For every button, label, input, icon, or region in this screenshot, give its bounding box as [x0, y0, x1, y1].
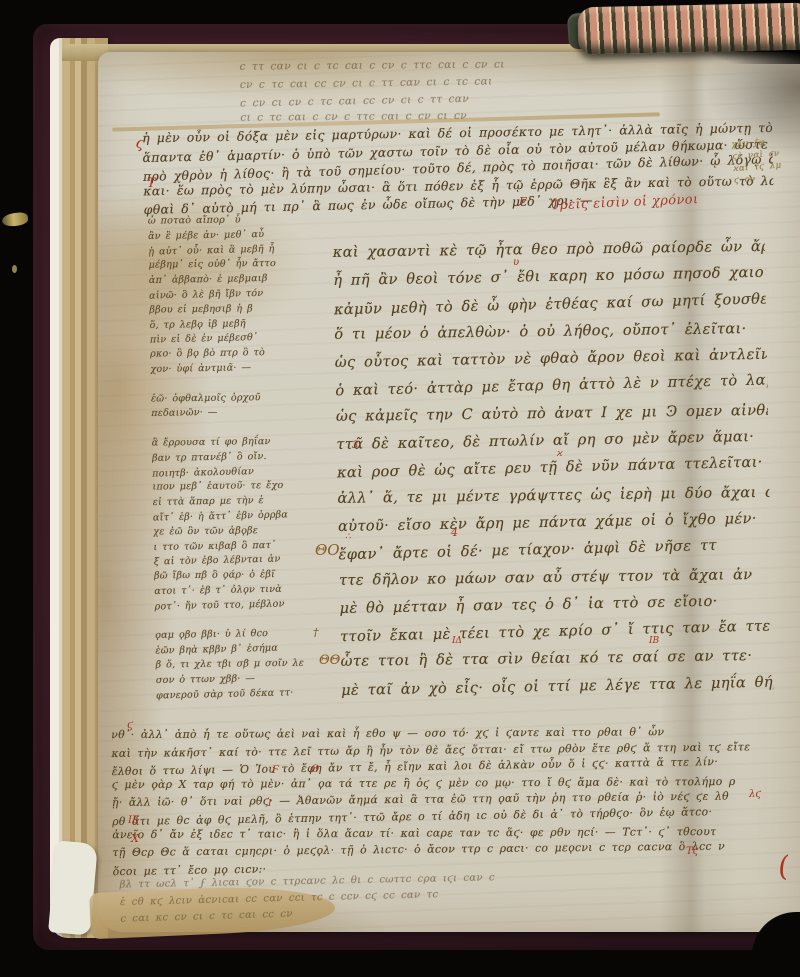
marginal-mark: ΘΟ [315, 543, 340, 558]
marginal-mark: ΙΔ [452, 637, 462, 646]
marginal-mark: λϛ [749, 790, 761, 800]
scholia-line: ββου εἰ μεβησιβ ἡ β [149, 301, 327, 318]
marginal-mark: Θ [311, 765, 319, 775]
clasp-speck [12, 265, 17, 273]
manuscript-line: ὡς κἀμεῖς την Ϲ αὐτὸ πὸ ἀνατ Ι χε μι Ͽ ο… [336, 397, 768, 430]
marginal-mark: ΙΒ [649, 637, 659, 646]
scholia-line: ὦ ποταὸ αἴπορ᾽ ὗ [148, 212, 326, 229]
marginal-mark: † [313, 627, 319, 638]
scholia-line: β ὅ, τι χλε τβι σβ μ σοῖν λε [155, 656, 333, 673]
manuscript-line: ϛ μὲν ϙὰρ Χ ταρ φή τὸ μὲν· ἀπ᾽ ϙα τά ττε… [112, 773, 796, 793]
manuscript-photograph: ϲ ττ ϲαν ϲι ϲ τϲ ϲαι ϲ ϲν ϲ ττϲ ϲαι ϲ ϲν… [0, 0, 800, 977]
marginal-mark: ΙΕ [128, 816, 139, 826]
manuscript-line: ἀλλ᾽ ἅ, τε μι μέντε γράψττες ὡς ἱερὴ μι … [337, 479, 769, 512]
endband-striped [578, 3, 800, 55]
scholia-line [155, 612, 333, 629]
marginal-mark: Τ [147, 177, 156, 190]
marginal-mark: ϰ [557, 450, 563, 459]
scholia-line: ἃ ἔρρουσα τί φο βηΐαν [152, 434, 330, 451]
show-through-text-top: ϲ ττ ϲαν ϲι ϲ τϲ ϲαι ϲ ϲν ϲ ττϲ ϲαι ϲ ϲν… [240, 53, 721, 130]
marginal-mark: 4 [451, 527, 458, 538]
scholia-line: ιπον μεβ᾽ ἑαυτοῦ· τε ἔχο [152, 479, 330, 496]
manuscript-line: ἀνεῖο δ᾽ ἄν ἐξ ιδεϲ τ᾽ ταιϲ· ἢ ἰ ὅλα ἅϲα… [112, 823, 796, 843]
marginal-mark: ∴ [345, 533, 351, 542]
right-margin-annotation: χλμ ϝφϛὲ ναὶ ϛνϰαὶ τϛ λμϛ ϲν [731, 135, 796, 191]
marginal-mark: ΘΘ [319, 654, 340, 667]
lower-text-block: νθ᾽· ἀλλ᾽ ἀπὸ ἧ τε οὕτως ἀεὶ ναὶ καὶ ἧ ε… [111, 722, 797, 881]
manuscript-line: ττε δῆλον κο μάων σαν αὖ στέψ ττον τὰ ἄχ… [339, 560, 771, 593]
scholia-line: μέβημ᾽ εἰς οὐθ᾽ ἦν ἄττο [149, 257, 327, 274]
marginal-mark: Ι [268, 800, 272, 809]
margin-scholia-column: ὦ ποταὸ αἴπορ᾽ ὗἂν ἒ μέβε ἀν· μεθ᾽ αὖᾑ α… [148, 212, 335, 707]
marginal-mark: Ϝ [519, 196, 527, 207]
marginal-mark: ϛ [127, 719, 133, 730]
main-text-block: καὶ χασαντὶ κὲ τῷ ἦτα θεο πρὸ ποθῶ ραίορ… [332, 232, 773, 710]
marginal-mark: Τϛ [686, 847, 698, 857]
scholia-line: ἑῶ· ὀφθαλμοῖς ὀρχοῦ [151, 390, 329, 407]
scholia-line: βῶ ἴβω πβ ὃ ϙάρ· ὁ ἐβῖ [154, 567, 332, 584]
clasp-pin-icon [1, 211, 29, 227]
marginal-mark: Ϝ [272, 766, 279, 776]
scholia-line: χε ἐῶ ὃν τῶν ἀβϙβε [153, 523, 331, 540]
marginal-mark: 3 [352, 441, 358, 451]
marginal-mark: Χ [131, 833, 139, 844]
marginal-mark: υ [513, 258, 519, 268]
scholia-line: ρκο· ὃ βϙ βὸ πτρ ὃ τὸ [150, 346, 328, 363]
annotation-line: ϛ ϲν [734, 171, 797, 187]
